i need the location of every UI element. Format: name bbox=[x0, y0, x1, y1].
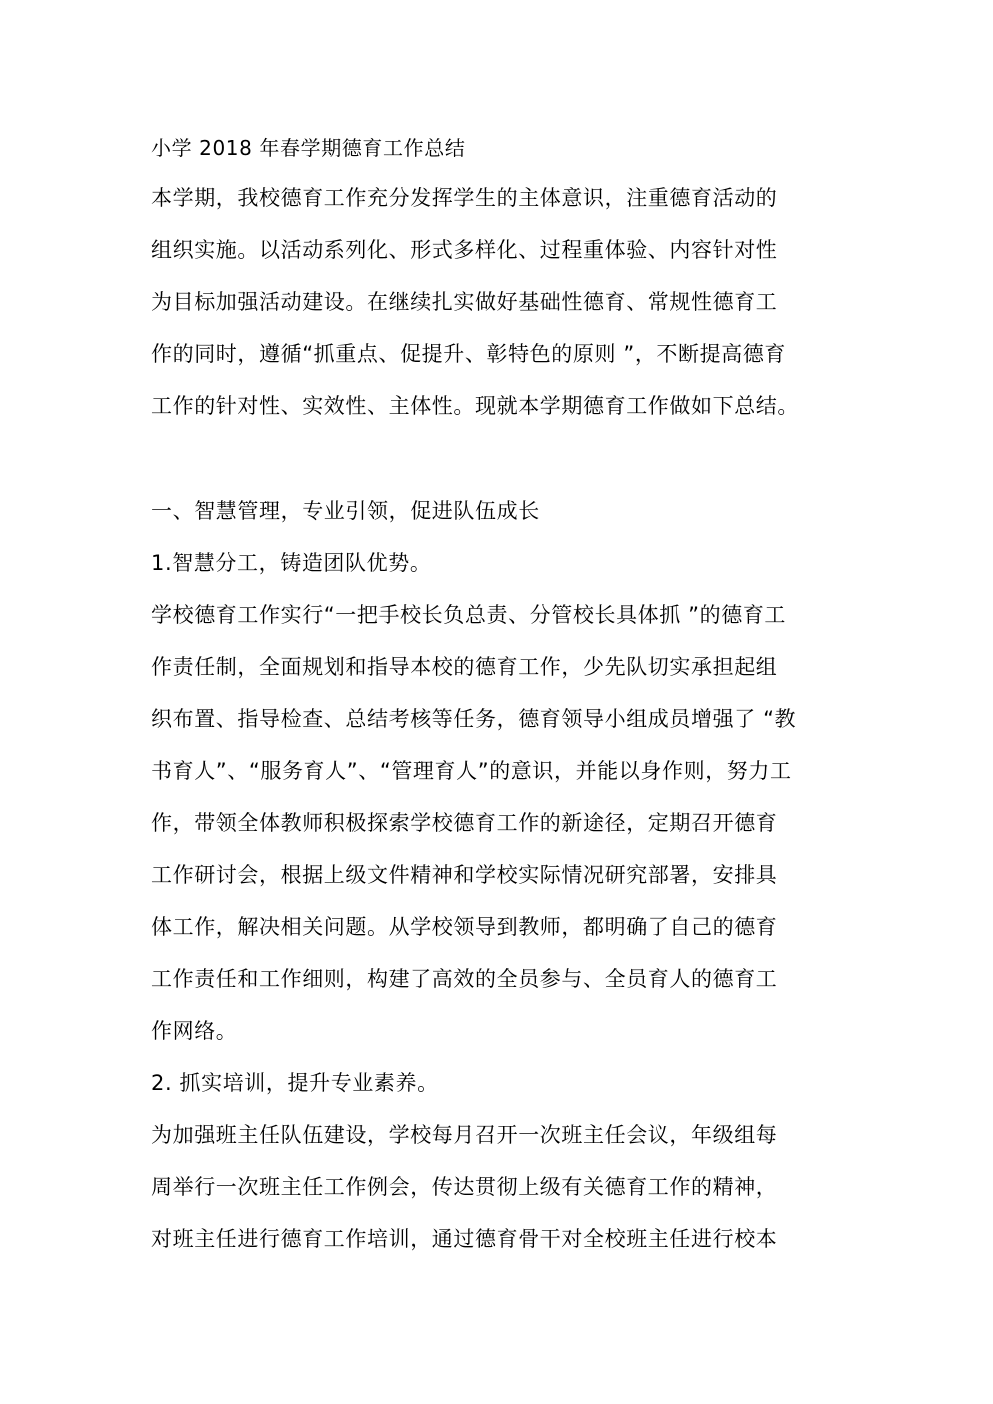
body-line: 工作研讨会，根据上级文件精神和学校实际情况研究部署，安排具 bbox=[151, 862, 777, 888]
intro-line: 工作的针对性、实效性、主体性。现就本学期德育工作做如下总结。 bbox=[151, 393, 799, 419]
body-line: 工作责任和工作细则，构建了高效的全员参与、全员育人的德育工 bbox=[151, 966, 777, 992]
body-line: 书育人”、“服务育人”、“管理育人”的意识，并能以身作则，努力工 bbox=[151, 758, 792, 784]
body-line: 学校德育工作实行“一把手校长负总责、分管校长具体抓 ”的德育工 bbox=[151, 602, 786, 628]
subsection-heading: 2. 抓实培训，提升专业素养。 bbox=[151, 1070, 439, 1096]
body-line: 对班主任进行德育工作培训，通过德育骨干对全校班主任进行校本 bbox=[151, 1226, 777, 1252]
intro-line: 为目标加强活动建设。在继续扎实做好基础性德育、常规性德育工 bbox=[151, 289, 777, 315]
section-heading: 一、智慧管理，专业引领，促进队伍成长 bbox=[151, 498, 540, 524]
body-line: 作，带领全体教师积极探索学校德育工作的新途径，定期召开德育 bbox=[151, 810, 777, 836]
body-line: 作责任制，全面规划和指导本校的德育工作，少先队切实承担起组 bbox=[151, 654, 777, 680]
intro-line: 本学期，我校德育工作充分发挥学生的主体意识，注重德育活动的 bbox=[151, 185, 777, 211]
document-title: 小学 2018 年春学期德育工作总结 bbox=[151, 135, 465, 161]
subsection-heading: 1.智慧分工，铸造团队优势。 bbox=[151, 550, 431, 576]
intro-line: 作的同时，遵循“抓重点、促提升、彰特色的原则 ”，不断提高德育 bbox=[151, 341, 786, 367]
document-page: 小学 2018 年春学期德育工作总结 本学期，我校德育工作充分发挥学生的主体意识… bbox=[0, 0, 993, 1404]
intro-line: 组织实施。以活动系列化、形式多样化、过程重体验、内容针对性 bbox=[151, 237, 777, 263]
body-line: 为加强班主任队伍建设，学校每月召开一次班主任会议，年级组每 bbox=[151, 1122, 777, 1148]
body-line: 织布置、指导检查、总结考核等任务，德育领导小组成员增强了 “教 bbox=[151, 706, 796, 732]
body-line: 作网络。 bbox=[151, 1018, 237, 1044]
body-line: 周举行一次班主任工作例会，传达贯彻上级有关德育工作的精神， bbox=[151, 1174, 777, 1200]
body-line: 体工作，解决相关问题。从学校领导到教师，都明确了自己的德育 bbox=[151, 914, 777, 940]
